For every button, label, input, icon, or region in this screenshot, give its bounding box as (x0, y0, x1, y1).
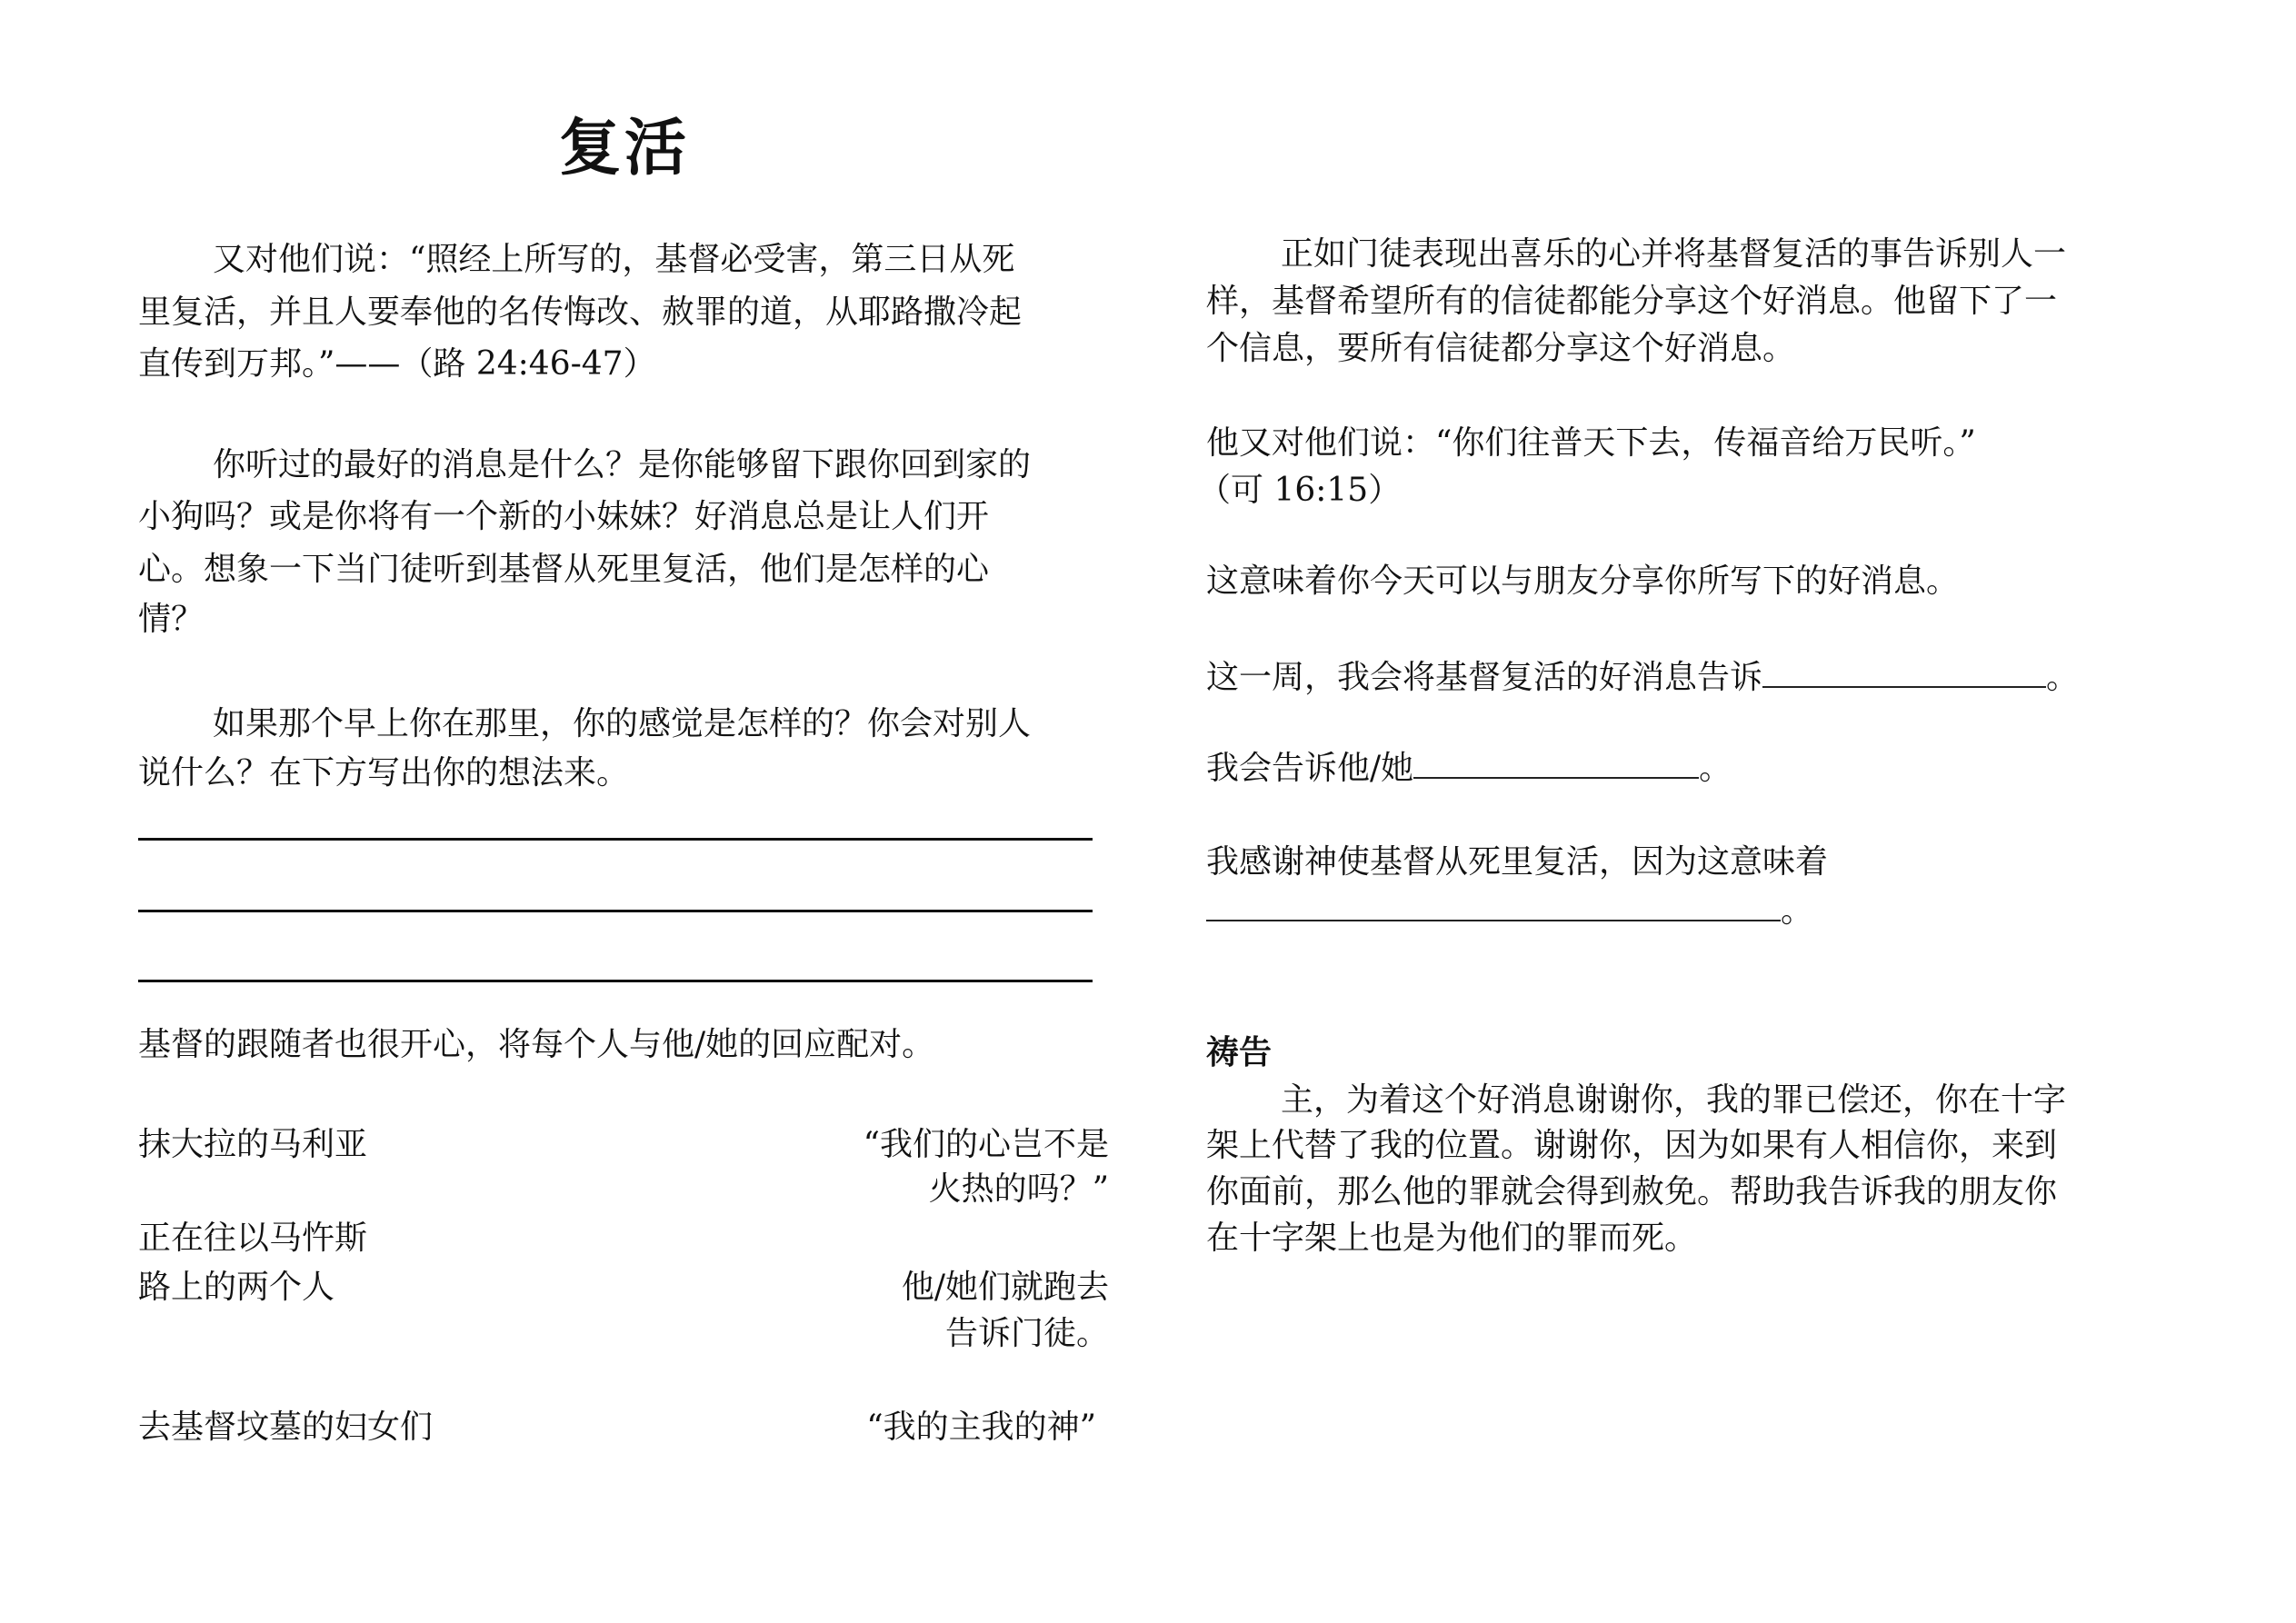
fill-in-period: 。 (2046, 659, 2079, 696)
answer-line-3[interactable] (138, 980, 1093, 982)
match-person-3[interactable]: 去基督坟墓的妇女们 (138, 1402, 433, 1453)
quote-reference: （可 16:15） (1198, 465, 1401, 516)
fill-in-who: 这一周，我会将基督复活的好消息告诉。 (1206, 652, 2079, 703)
fill-in-what: 我会告诉他/她。 (1206, 743, 1732, 794)
paragraph-line: 样，基督希望所有的信徒都能分享这个好消息。他留下了一 (1206, 276, 2057, 327)
match-response-1-line2[interactable]: 火热的吗？” (929, 1164, 1109, 1215)
fill-in-period: 。 (1781, 892, 1813, 930)
fill-in-thanks-blank[interactable] (1206, 889, 1781, 921)
fill-in-what-blank[interactable] (1413, 746, 1699, 779)
prayer-line: 主，为着这个好消息谢谢你，我的罪已偿还，你在十字 (1281, 1075, 2066, 1126)
prayer-line: 在十字架上也是为他们的罪而死。 (1206, 1213, 1697, 1264)
fill-in-who-label: 这一周，我会将基督复活的好消息告诉 (1206, 659, 1762, 696)
matching-instructions: 基督的跟随者也很开心，将每个人与他/她的回应配对。 (138, 1020, 934, 1070)
match-response-2-line1[interactable]: 他/她们就跑去 (902, 1262, 1109, 1313)
paragraph-line: 正如门徒表现出喜乐的心并将基督复活的事告诉别人一 (1281, 229, 2066, 280)
match-response-2-line2[interactable]: 告诉门徒。 (945, 1309, 1109, 1359)
paragraph-line: 小狗吗？或是你将有一个新的小妹妹？好消息总是让人们开 (138, 492, 989, 543)
answer-line-2[interactable] (138, 910, 1093, 912)
fill-in-what-label: 我会告诉他/她 (1206, 750, 1413, 787)
paragraph-line: 个信息，要所有信徒都分享这个好消息。 (1206, 324, 1795, 374)
prayer-heading: 祷告 (1206, 1027, 1272, 1078)
page-title: 复活 (0, 107, 1249, 189)
match-person-2-line2[interactable]: 路上的两个人 (138, 1262, 334, 1313)
paragraph-line: 心。想象一下当门徒听到基督从死里复活，他们是怎样的心 (138, 544, 989, 595)
prayer-line: 你面前，那么他的罪就会得到赦免。帮助我告诉我的朋友你 (1206, 1167, 2057, 1218)
paragraph-line: 情？ (138, 594, 204, 645)
match-person-1[interactable]: 抹大拉的马利亚 (138, 1120, 367, 1170)
answer-line-1[interactable] (138, 838, 1093, 841)
match-person-2-line1[interactable]: 正在往以马忤斯 (138, 1213, 367, 1264)
fill-in-thanks-label: 我感谢神使基督从死里复活，因为这意味着 (1206, 837, 1828, 888)
scripture-line: 又对他们说：“照经上所写的，基督必受害，第三日从死 (213, 234, 1014, 285)
fill-in-period: 。 (1699, 750, 1732, 787)
prayer-line: 架上代替了我的位置。谢谢你，因为如果有人相信你，来到 (1206, 1120, 2057, 1171)
share-paragraph: 这意味着你今天可以与朋友分享你所写下的好消息。 (1206, 556, 1959, 607)
fill-in-thanks: 。 (1206, 886, 1813, 937)
scripture-line: 里复活，并且人要奉他的名传悔改、赦罪的道，从耶路撒冷起 (138, 287, 1022, 338)
fill-in-who-blank[interactable] (1762, 655, 2046, 688)
match-response-3[interactable]: “我的主我的神” (866, 1402, 1096, 1453)
paragraph-line: 你听过的最好的消息是什么？是你能够留下跟你回到家的 (213, 440, 1031, 491)
paragraph-line: 如果那个早上你在那里，你的感觉是怎样的？你会对别人 (213, 699, 1031, 750)
match-response-1-line1[interactable]: “我们的心岂不是 (863, 1120, 1109, 1170)
scripture-line: 直传到万邦。”——（路 24:46-47） (138, 339, 656, 390)
quote-line: 他又对他们说：“你们往普天下去，传福音给万民听。” (1206, 418, 1976, 469)
paragraph-line: 说什么？在下方写出你的想法来。 (138, 748, 629, 799)
